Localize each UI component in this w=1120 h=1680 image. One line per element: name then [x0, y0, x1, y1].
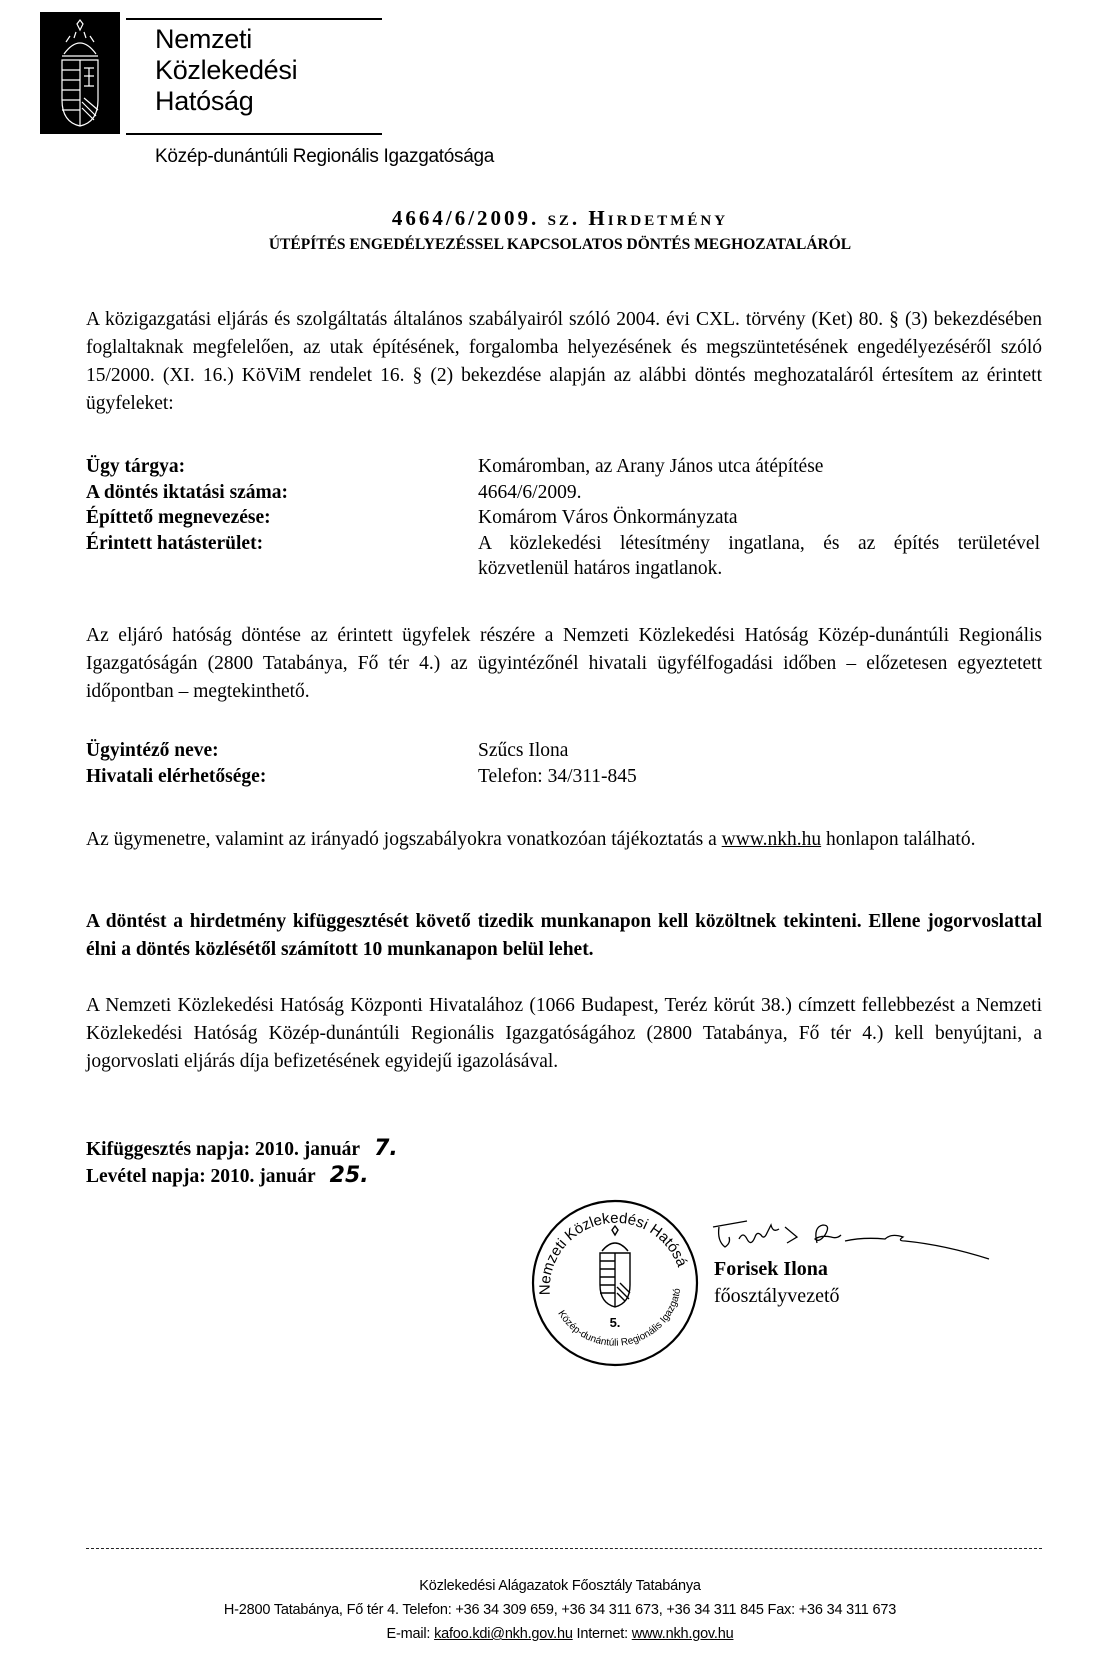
field-row: Érintett hatásterület: A közlekedési lét…: [86, 531, 1046, 582]
email-label: E-mail:: [387, 1626, 435, 1642]
field-value: 4664/6/2009.: [478, 480, 1040, 506]
posted-date-row: Kifüggesztés napja: 2010. január7.: [86, 1136, 398, 1163]
email-link[interactable]: kafoo.kdi@nkh.gov.hu: [434, 1626, 573, 1642]
contact-fields: Ügyintéző neve: Szűcs Ilona Hivatali elé…: [86, 738, 1046, 789]
notice-word: Hirdetmény: [588, 206, 728, 230]
field-label: A döntés iktatási száma:: [86, 480, 478, 506]
field-row: Hivatali elérhetősége: Telefon: 34/311-8…: [86, 764, 1046, 790]
removed-day-handwritten: 25.: [330, 1163, 369, 1188]
field-row: Ügy tárgya: Komáromban, az Arany János u…: [86, 454, 1046, 480]
availability-paragraph: Az eljáró hatóság döntése az érintett üg…: [86, 622, 1042, 706]
organization-name: Nemzeti Közlekedési Hatóság: [155, 24, 297, 117]
posting-dates: Kifüggesztés napja: 2010. január7. Levét…: [86, 1136, 398, 1190]
legal-notice: A döntést a hirdetmény kifüggesztését kö…: [86, 908, 1042, 964]
signer-title: főosztályvezető: [714, 1285, 840, 1308]
field-value: Komárom Város Önkormányzata: [478, 505, 1040, 531]
field-value: Telefon: 34/311-845: [478, 764, 1040, 790]
hungarian-coat-of-arms-icon: [40, 12, 120, 134]
notice-sz: sz.: [548, 206, 581, 230]
field-row: A döntés iktatási száma: 4664/6/2009.: [86, 480, 1046, 506]
footer-contacts: E-mail: kafoo.kdi@nkh.gov.hu Internet: w…: [0, 1626, 1120, 1642]
footer-divider: [86, 1548, 1042, 1550]
notice-number: 4664/6/2009.: [392, 206, 539, 230]
field-label: Hivatali elérhetősége:: [86, 764, 478, 790]
field-label: Ügy tárgya:: [86, 454, 478, 480]
internet-label: Internet:: [573, 1626, 632, 1642]
footer-department: Közlekedési Alágazatok Főosztály Tatabán…: [0, 1578, 1120, 1594]
posted-day-handwritten: 7.: [374, 1136, 398, 1161]
case-fields: Ügy tárgya: Komáromban, az Arany János u…: [86, 454, 1046, 582]
field-row: Ügyintéző neve: Szűcs Ilona: [86, 738, 1046, 764]
field-label: Ügyintéző neve:: [86, 738, 478, 764]
department-name: Közép-dunántúli Regionális Igazgatósága: [155, 146, 494, 168]
field-value: A közlekedési létesítmény ingatlana, és …: [478, 531, 1040, 582]
info-paragraph: Az ügymenetre, valamint az irányadó jogs…: [86, 826, 1042, 854]
website-footer-link[interactable]: www.nkh.gov.hu: [632, 1626, 734, 1642]
removed-date-row: Levétel napja: 2010. január25.: [86, 1163, 398, 1190]
org-name-line-2: Közlekedési: [155, 55, 297, 86]
posted-label: Kifüggesztés napja: 2010. január: [86, 1139, 360, 1160]
org-name-line-1: Nemzeti: [155, 24, 297, 55]
intro-paragraph: A közigazgatási eljárás és szolgáltatás …: [86, 306, 1042, 418]
field-value: Komáromban, az Arany János utca átépítés…: [478, 454, 1040, 480]
notice-title: 4664/6/2009. sz. Hirdetmény: [0, 206, 1120, 231]
signer-name: Forisek Ilona: [714, 1258, 828, 1281]
stamp-coat-of-arms-icon: [600, 1226, 630, 1307]
field-row: Építtető megnevezése: Komárom Város Önko…: [86, 505, 1046, 531]
official-stamp-icon: Nemzeti Közlekedési Hatóság Közép-dunánt…: [528, 1195, 703, 1370]
website-link[interactable]: www.nkh.hu: [722, 829, 821, 850]
removed-label: Levétel napja: 2010. január: [86, 1166, 316, 1187]
field-label: Érintett hatásterület:: [86, 531, 478, 582]
info-text: Az ügymenetre, valamint az irányadó jogs…: [86, 829, 722, 850]
handwritten-signature-icon: [705, 1205, 990, 1265]
notice-subtitle: ÚTÉPÍTÉS ENGEDÉLYEZÉSSEL KAPCSOLATOS DÖN…: [0, 236, 1120, 254]
appeal-paragraph: A Nemzeti Közlekedési Hatóság Központi H…: [86, 992, 1042, 1076]
footer-address-phones: H-2800 Tatabánya, Fő tér 4. Telefon: +36…: [0, 1602, 1120, 1618]
letterhead-bottom-rule: [126, 133, 382, 135]
org-name-line-3: Hatóság: [155, 86, 297, 117]
letterhead-top-rule: [126, 18, 382, 20]
field-value: Szűcs Ilona: [478, 738, 1040, 764]
stamp-number: 5.: [610, 1315, 621, 1330]
info-text-end: honlapon található.: [821, 829, 975, 850]
field-label: Építtető megnevezése:: [86, 505, 478, 531]
coat-of-arms-logo: [40, 12, 120, 134]
